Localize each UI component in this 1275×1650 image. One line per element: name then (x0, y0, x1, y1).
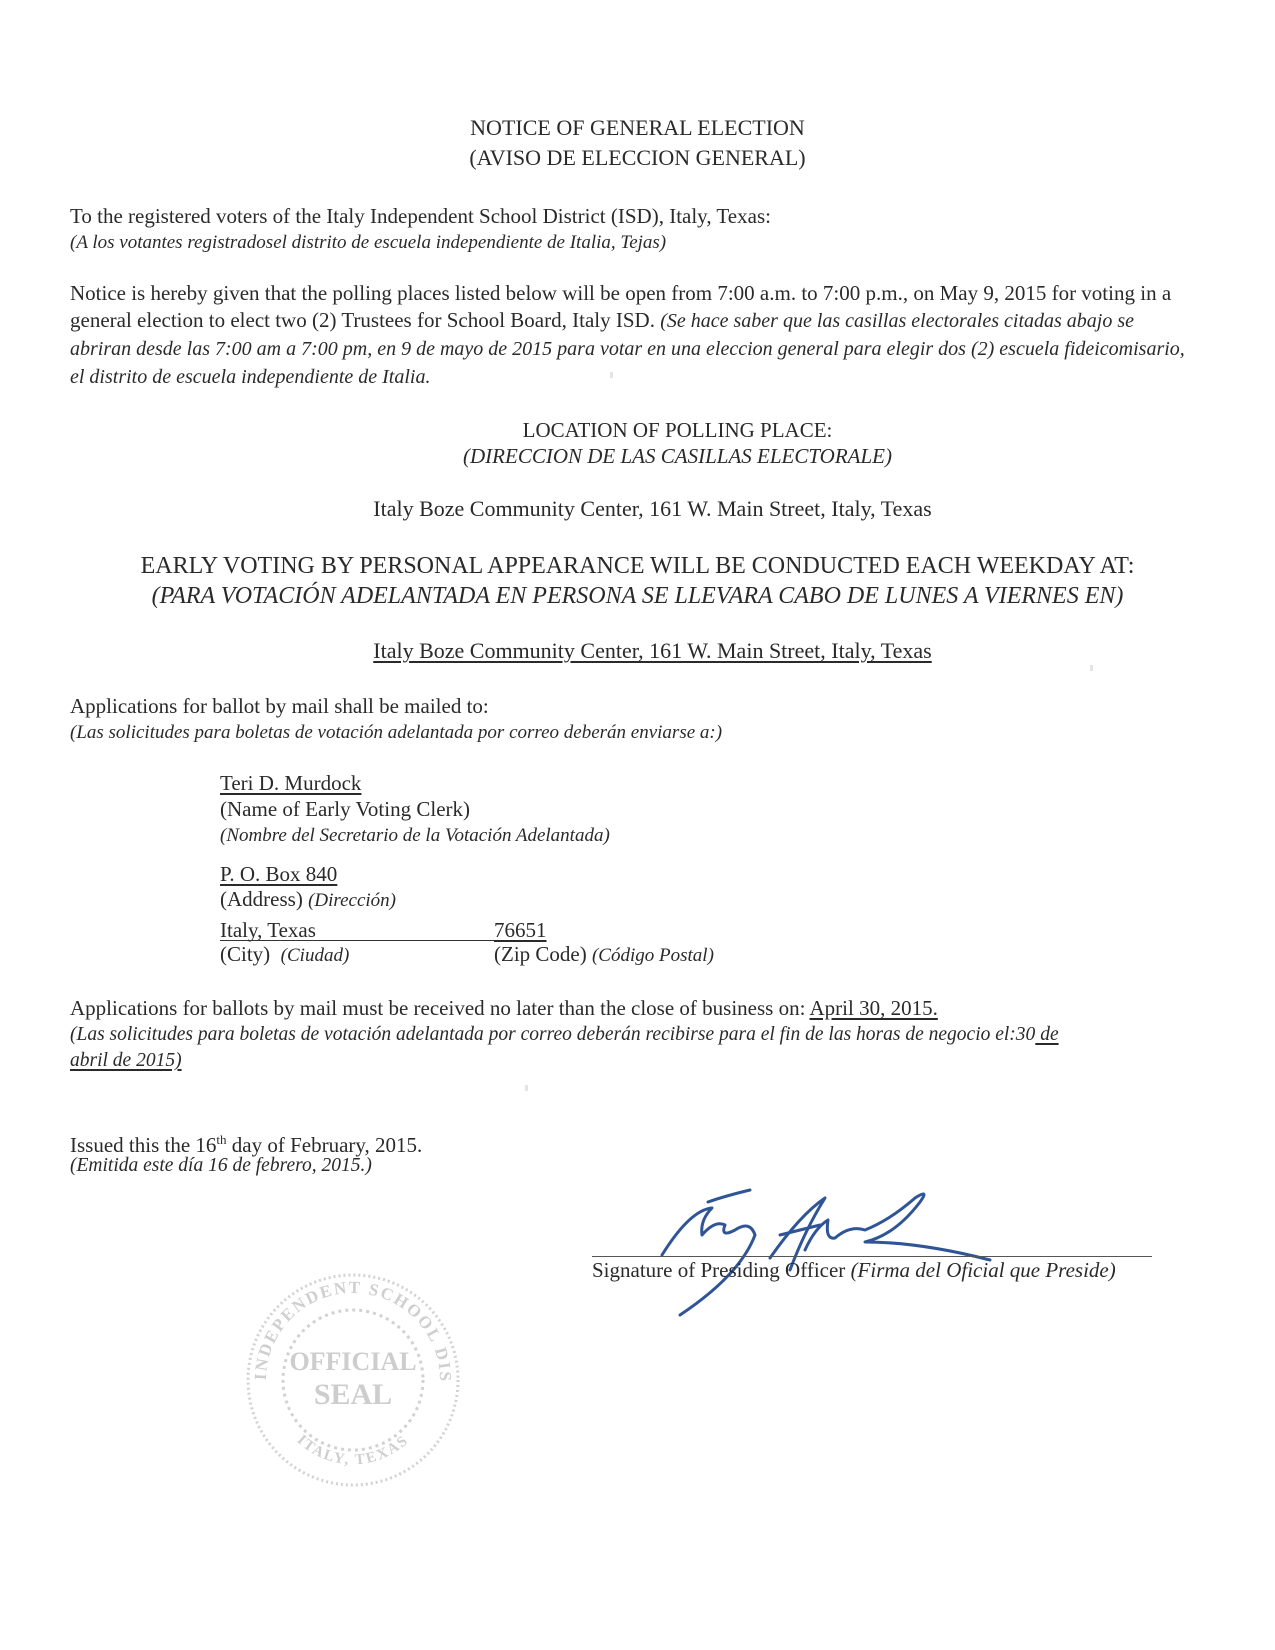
svg-text:OFFICIAL: OFFICIAL (289, 1347, 416, 1376)
mail-intro-spanish: (Las solicitudes para boletas de votació… (70, 720, 722, 745)
clerk-name: Teri D. Murdock (220, 771, 361, 796)
official-seal-icon: ITALY INDEPENDENT SCHOOL DISTRICT ITALY,… (238, 1262, 468, 1492)
election-notice-page: NOTICE OF GENERAL ELECTION (AVISO DE ELE… (0, 0, 1275, 1650)
salutation-spanish: (A los votantes registradosel distrito d… (70, 230, 666, 255)
title-english: NOTICE OF GENERAL ELECTION (0, 115, 1275, 141)
early-voting-heading-english: EARLY VOTING BY PERSONAL APPEARANCE WILL… (0, 552, 1275, 580)
city-underline (220, 940, 500, 941)
issued-spanish: (Emitida este día 16 de febrero, 2015.) (70, 1153, 372, 1178)
city-label: (City) (Ciudad) (220, 942, 349, 968)
signature-line (592, 1256, 1152, 1257)
zip-label: (Zip Code) (Código Postal) (494, 942, 714, 968)
scan-artifact (610, 372, 613, 378)
scan-artifact (525, 1085, 528, 1091)
deadline-english: Applications for ballots by mail must be… (70, 996, 938, 1021)
scan-artifact (1090, 665, 1093, 671)
svg-text:ITALY, TEXAS: ITALY, TEXAS (294, 1432, 412, 1468)
polling-location: Italy Boze Community Center, 161 W. Main… (0, 496, 1275, 522)
signature-label: Signature of Presiding Officer (Firma de… (592, 1258, 1116, 1283)
clerk-zip: 76651 (494, 918, 547, 943)
address-label: (Address) (Dirección) (220, 887, 396, 913)
polling-heading-spanish: (DIRECCION DE LAS CASILLAS ELECTORALE) (0, 444, 1275, 469)
notice-paragraph: Notice is hereby given that the polling … (70, 280, 1195, 391)
presiding-officer-signature (640, 1180, 1000, 1320)
svg-text:SEAL: SEAL (314, 1378, 392, 1411)
polling-heading-english: LOCATION OF POLLING PLACE: (0, 418, 1275, 443)
salutation-english: To the registered voters of the Italy In… (70, 204, 771, 229)
title-spanish: (AVISO DE ELECCION GENERAL) (0, 145, 1275, 171)
clerk-name-label: (Name of Early Voting Clerk) (220, 797, 470, 822)
deadline-spanish: (Las solicitudes para boletas de votació… (70, 1022, 1195, 1074)
early-voting-location: Italy Boze Community Center, 161 W. Main… (0, 638, 1275, 664)
clerk-name-label-spanish: (Nombre del Secretario de la Votación Ad… (220, 823, 610, 848)
mail-intro-english: Applications for ballot by mail shall be… (70, 694, 489, 719)
clerk-address: P. O. Box 840 (220, 862, 337, 887)
early-voting-heading-spanish: (PARA VOTACIÓN ADELANTADA EN PERSONA SE … (0, 582, 1275, 610)
